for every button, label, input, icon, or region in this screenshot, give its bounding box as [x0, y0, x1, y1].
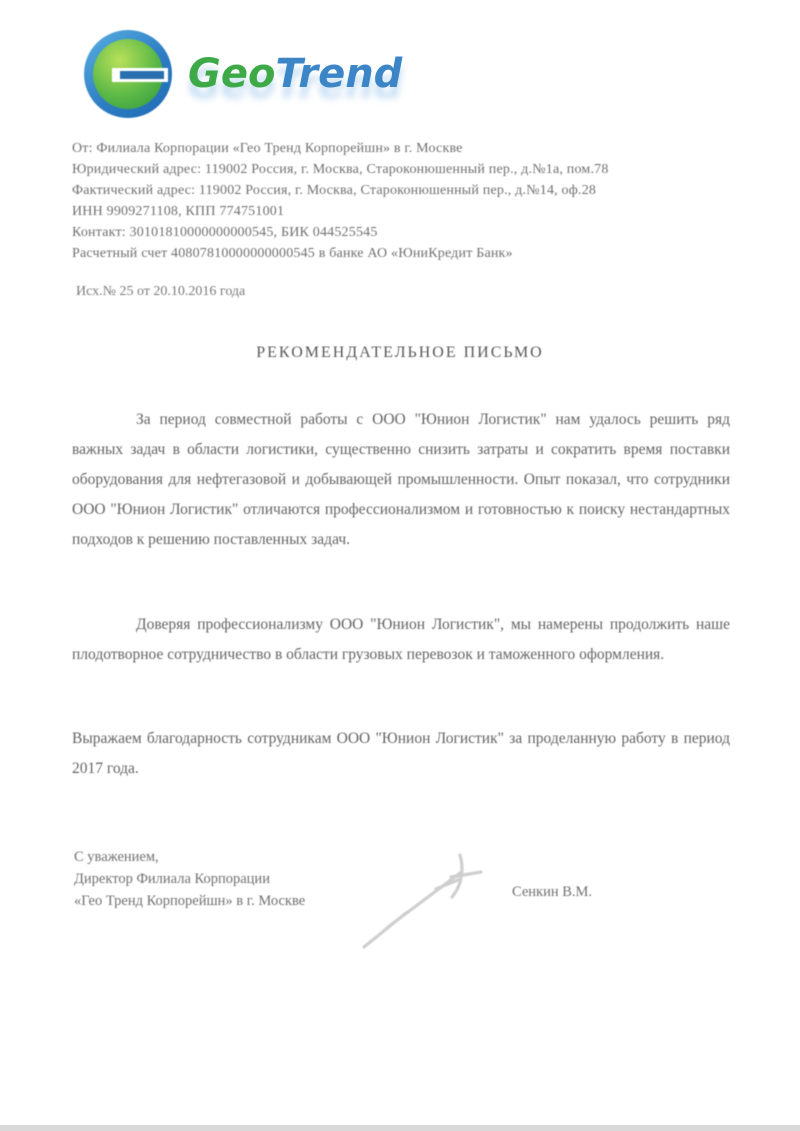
geotrend-logo-icon	[84, 30, 172, 118]
logo-word-geo: Geo	[188, 51, 275, 97]
signee-name: Сенкин В.М.	[512, 884, 592, 901]
sender-line-inn-kpp: ИНН 9909271108, КПП 774751001	[72, 201, 740, 222]
company-logo-wordmark: GeoTrend	[188, 54, 402, 94]
sender-line-actual-address: Фактический адрес: 119002 Россия, г. Мос…	[72, 180, 740, 201]
signature-closing: С уважением,	[74, 846, 305, 868]
signature-position-line2: «Гео Тренд Корпорейшн» в г. Москве	[74, 890, 305, 912]
geotrend-logo-icon-dash	[120, 71, 164, 79]
sender-requisites: От: Филиала Корпорации «Гео Тренд Корпор…	[72, 138, 740, 264]
body-paragraph-2: Доверяя профессионализму ООО "Юнион Логи…	[72, 610, 730, 670]
logo-word-trend: Trend	[275, 51, 402, 97]
signature-block: С уважением, Директор Филиала Корпорации…	[74, 846, 305, 912]
signature-position-line1: Директор Филиала Корпорации	[74, 868, 305, 890]
outgoing-ref-number: Исх.№ 25 от 20.10.2016 года	[76, 284, 245, 300]
body-paragraph-3: Выражаем благодарность сотрудникам ООО "…	[72, 724, 730, 784]
sender-line-bank-account: Расчетный счет 40807810000000000545 в ба…	[72, 243, 740, 264]
body-paragraph-1: За период совместной работы с ООО "Юнион…	[72, 405, 730, 555]
sender-line-from: От: Филиала Корпорации «Гео Тренд Корпор…	[72, 138, 740, 159]
handwritten-signature	[348, 843, 518, 961]
company-logo: GeoTrend	[84, 30, 402, 118]
letter-page: GeoTrend От: Филиала Корпорации «Гео Тре…	[0, 0, 800, 1131]
letter-title: РЕКОМЕНДАТЕЛЬНОЕ ПИСЬМО	[0, 344, 800, 362]
page-bottom-edge	[0, 1125, 800, 1131]
sender-line-legal-address: Юридический адрес: 119002 Россия, г. Мос…	[72, 159, 740, 180]
sender-line-contact: Контакт: 30101810000000000545, БИК 04452…	[72, 222, 740, 243]
